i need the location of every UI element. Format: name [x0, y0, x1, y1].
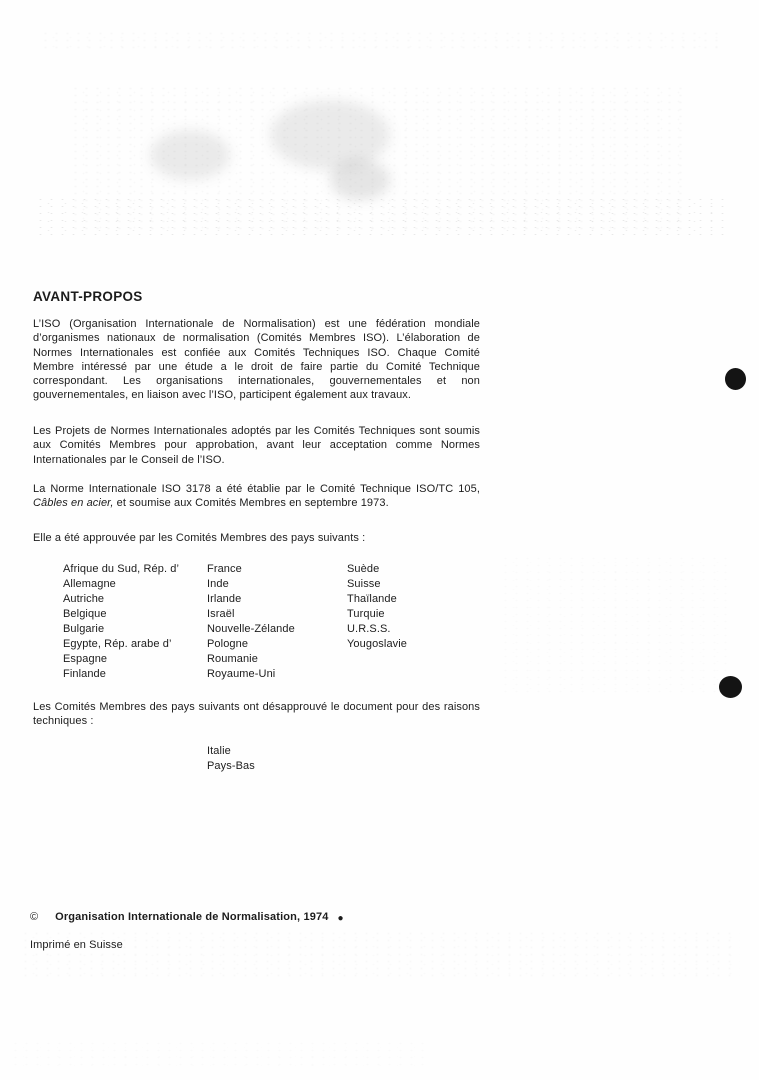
country-item: Suisse — [347, 577, 407, 592]
country-item: Belgique — [63, 607, 179, 622]
approved-countries-column-3: SuèdeSuisseThaïlandeTurquieU.R.S.S.Yougo… — [347, 562, 407, 652]
country-item: Pays-Bas — [207, 759, 255, 774]
standard-origin-after: et soumise aux Comités Membres en septem… — [113, 497, 388, 509]
scan-registration-dot — [719, 676, 742, 698]
scan-noise-band — [35, 196, 725, 238]
country-item: U.R.S.S. — [347, 622, 407, 637]
country-item: Pologne — [207, 637, 295, 652]
country-item: Roumanie — [207, 652, 295, 667]
bullet-icon: ● — [338, 913, 344, 924]
paragraph-iso-description: L’ISO (Organisation Internationale de No… — [33, 317, 480, 403]
country-item: Inde — [207, 577, 295, 592]
country-item: Irlande — [207, 592, 295, 607]
printed-in-line: Imprimé en Suisse — [30, 939, 123, 951]
copyright-icon: © — [30, 911, 38, 923]
scan-registration-dot — [725, 368, 746, 390]
country-item: Yougoslavie — [347, 637, 407, 652]
country-item: France — [207, 562, 295, 577]
country-item: Autriche — [63, 592, 179, 607]
disapproval-intro-line: Les Comités Membres des pays suivants on… — [33, 700, 480, 729]
country-item: Nouvelle-Zélande — [207, 622, 295, 637]
country-item: Afrique du Sud, Rép. d’ — [63, 562, 179, 577]
standard-title-italic: Câbles en acier, — [33, 497, 113, 509]
standard-origin-before: La Norme Internationale ISO 3178 a été é… — [33, 483, 480, 495]
scan-smudge — [330, 160, 390, 200]
copyright-text: Organisation Internationale de Normalisa… — [55, 911, 328, 923]
country-item: Thaïlande — [347, 592, 407, 607]
paragraph-draft-approval: Les Projets de Normes Internationales ad… — [33, 424, 480, 467]
disapproved-countries-list: ItaliePays-Bas — [207, 744, 255, 774]
country-item: Finlande — [63, 667, 179, 682]
scan-smudge — [150, 130, 230, 180]
scan-noise-band — [20, 930, 740, 978]
scan-noise-band — [70, 85, 690, 235]
scan-noise-band — [10, 1040, 430, 1070]
scan-smudge — [270, 100, 390, 170]
approved-countries-column-1: Afrique du Sud, Rép. d’AllemagneAutriche… — [63, 562, 179, 682]
country-item: Suède — [347, 562, 407, 577]
copyright-line: © Organisation Internationale de Normali… — [30, 911, 344, 923]
approval-intro-line: Elle a été approuvée par les Comités Mem… — [33, 531, 365, 545]
country-item: Allemagne — [63, 577, 179, 592]
country-item: Egypte, Rép. arabe d’ — [63, 637, 179, 652]
country-item: Israël — [207, 607, 295, 622]
page-title: AVANT-PROPOS — [33, 289, 143, 304]
country-item: Italie — [207, 744, 255, 759]
country-item: Espagne — [63, 652, 179, 667]
scan-noise-band — [40, 30, 720, 52]
approved-countries-column-2: FranceIndeIrlandeIsraëlNouvelle-ZélandeP… — [207, 562, 295, 682]
country-item: Bulgarie — [63, 622, 179, 637]
country-item: Turquie — [347, 607, 407, 622]
scan-noise-band — [500, 555, 730, 695]
country-item: Royaume-Uni — [207, 667, 295, 682]
scanned-document-page: AVANT-PROPOS L’ISO (Organisation Interna… — [0, 0, 759, 1080]
paragraph-standard-origin: La Norme Internationale ISO 3178 a été é… — [33, 482, 480, 511]
